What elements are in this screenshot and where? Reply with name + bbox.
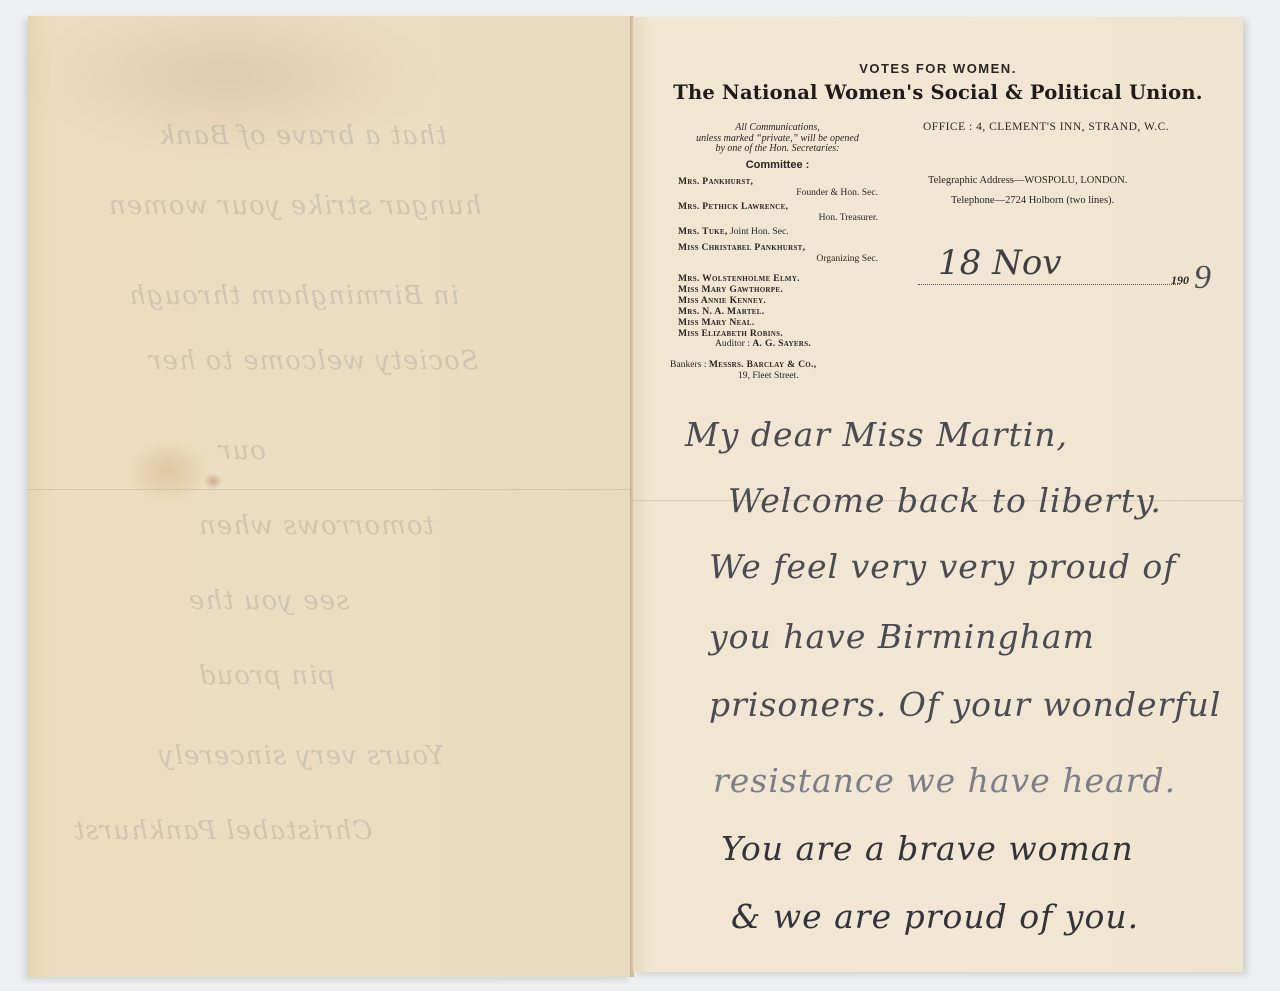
show-through-ink: our [218, 436, 266, 466]
show-through-ink: that a brave of Bank [158, 121, 447, 151]
note-line: by one of the Hon. Secretaries: [670, 144, 885, 155]
committee-member: Mrs. Pankhurst, Founder & Hon. Sec. [678, 176, 878, 198]
bankers-address: 19, Fleet Street. [738, 370, 799, 381]
letter-line: prisoners. Of your wonderful [709, 685, 1221, 724]
letter-line: you have Birmingham [709, 617, 1095, 656]
office-address: OFFICE : 4, CLEMENT'S INN, STRAND, W.C. [923, 121, 1169, 133]
auditor: Auditor : A. G. Sayers. [715, 338, 811, 349]
letter-line: Welcome back to liberty. [728, 481, 1162, 520]
show-through-ink: pin proud [198, 661, 335, 691]
left-page: that a brave of Bank hungar strike your … [28, 16, 632, 977]
show-through-ink: in Birmingham through [128, 281, 459, 311]
letter-line: resistance we have heard. [713, 761, 1176, 800]
letter-line: & we are proud of you. [731, 897, 1139, 936]
bankers: Bankers : Messrs. Barclay & Co., [670, 359, 816, 370]
slogan: VOTES FOR WOMEN. [633, 61, 1243, 76]
letter-line: We feel very very proud of [709, 547, 1176, 586]
right-page: VOTES FOR WOMEN. The National Women's So… [633, 17, 1243, 972]
telegraphic-address: Telegraphic Address—WOSPOLU, LONDON. [928, 175, 1127, 186]
show-through-ink: Yours very sincerely [158, 741, 444, 771]
date-dotted-line [918, 284, 1180, 285]
committee-member: Miss Christabel Pankhurst, Organizing Se… [678, 242, 878, 264]
show-through-ink: see you the [188, 586, 349, 616]
committee-member: Mrs. Pethick Lawrence, Hon. Treasurer. [678, 201, 878, 223]
committee-member: Mrs. Tuke, Joint Hon. Sec. [678, 226, 789, 237]
letter-line: My dear Miss Martin, [685, 415, 1068, 454]
organization-name: The National Women's Social & Political … [633, 81, 1243, 104]
printed-year: 190 [1171, 273, 1189, 288]
show-through-ink: Society welcome to her [148, 346, 479, 376]
note-line: All Communications, [670, 123, 885, 134]
show-through-ink: Christabel Pankhurst [73, 816, 372, 846]
committee-heading: Committee : [670, 159, 885, 171]
telephone-number: Telephone—2724 Holborn (two lines). [951, 195, 1114, 206]
communications-note: All Communications, unless marked “priva… [670, 123, 885, 155]
committee-list: Mrs. Wolstenholme Elmy. Miss Mary Gawtho… [678, 273, 800, 339]
show-through-ink: tomorrows when [198, 511, 434, 541]
horizontal-fold [28, 489, 632, 491]
handwritten-date: 18 Nov [938, 243, 1062, 283]
letter-line: You are a brave woman [721, 829, 1134, 868]
handwritten-year-digit: 9 [1194, 259, 1211, 297]
show-through-ink: hungar strike your women [108, 191, 482, 221]
